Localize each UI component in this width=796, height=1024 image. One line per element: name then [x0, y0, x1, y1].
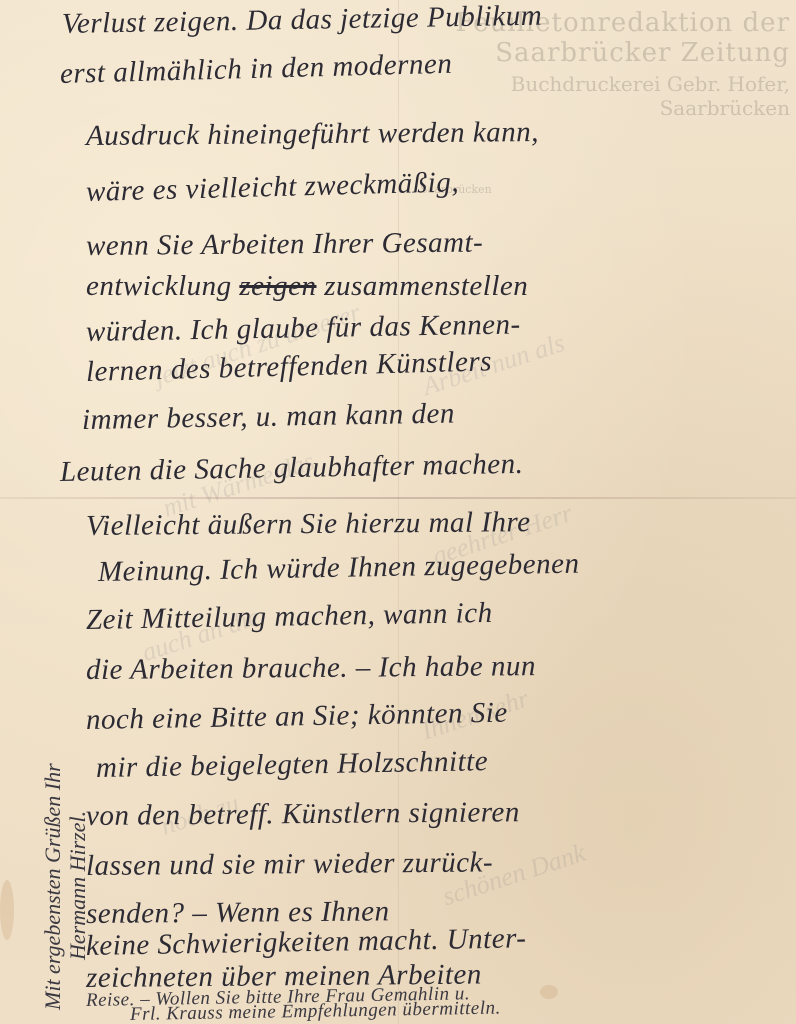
- letter-line: entwicklung zeigen zusammenstellen: [86, 270, 528, 303]
- struck-word: zeigen: [239, 270, 316, 302]
- letter-line: Meinung. Ich würde Ihnen zugegebenen: [98, 548, 580, 589]
- letter-line: wenn Sie Arbeiten Ihrer Gesamt-: [86, 227, 484, 263]
- letter-line: würden. Ich glaube für das Kennen-: [86, 308, 521, 349]
- margin-closing-line: Mit ergebensten Grüßen Ihr: [40, 763, 66, 1010]
- letter-line: mir die beigelegten Holzschnitte: [96, 745, 489, 785]
- letter-line: immer besser, u. man kann den: [82, 397, 455, 437]
- paper-stain: [0, 880, 14, 940]
- paper-stain: [540, 985, 558, 999]
- letter-word: entwicklung: [86, 270, 232, 302]
- letter-line: keine Schwierigkeiten macht. Unter-: [86, 922, 527, 963]
- letter-line: die Arbeiten brauche. – Ich habe nun: [86, 650, 536, 687]
- letter-word: zusammenstellen: [324, 270, 528, 302]
- letter-line: wäre es vielleicht zweckmäßig,: [86, 166, 460, 209]
- letter-line: Leuten die Sache glaubhafter machen.: [60, 448, 524, 489]
- letter-line: von den betreff. Künstlern signieren: [86, 796, 520, 833]
- letter-line: Vielleicht äußern Sie hierzu mal Ihre: [86, 506, 531, 543]
- letter-line: Ausdruck hineingeführt werden kann,: [86, 116, 539, 153]
- letter-line: Zeit Mitteilung machen, wann ich: [86, 597, 493, 637]
- letter-line: lassen und sie mir wieder zurück-: [86, 846, 493, 883]
- margin-signature: Hermann Hirzel.: [65, 811, 91, 960]
